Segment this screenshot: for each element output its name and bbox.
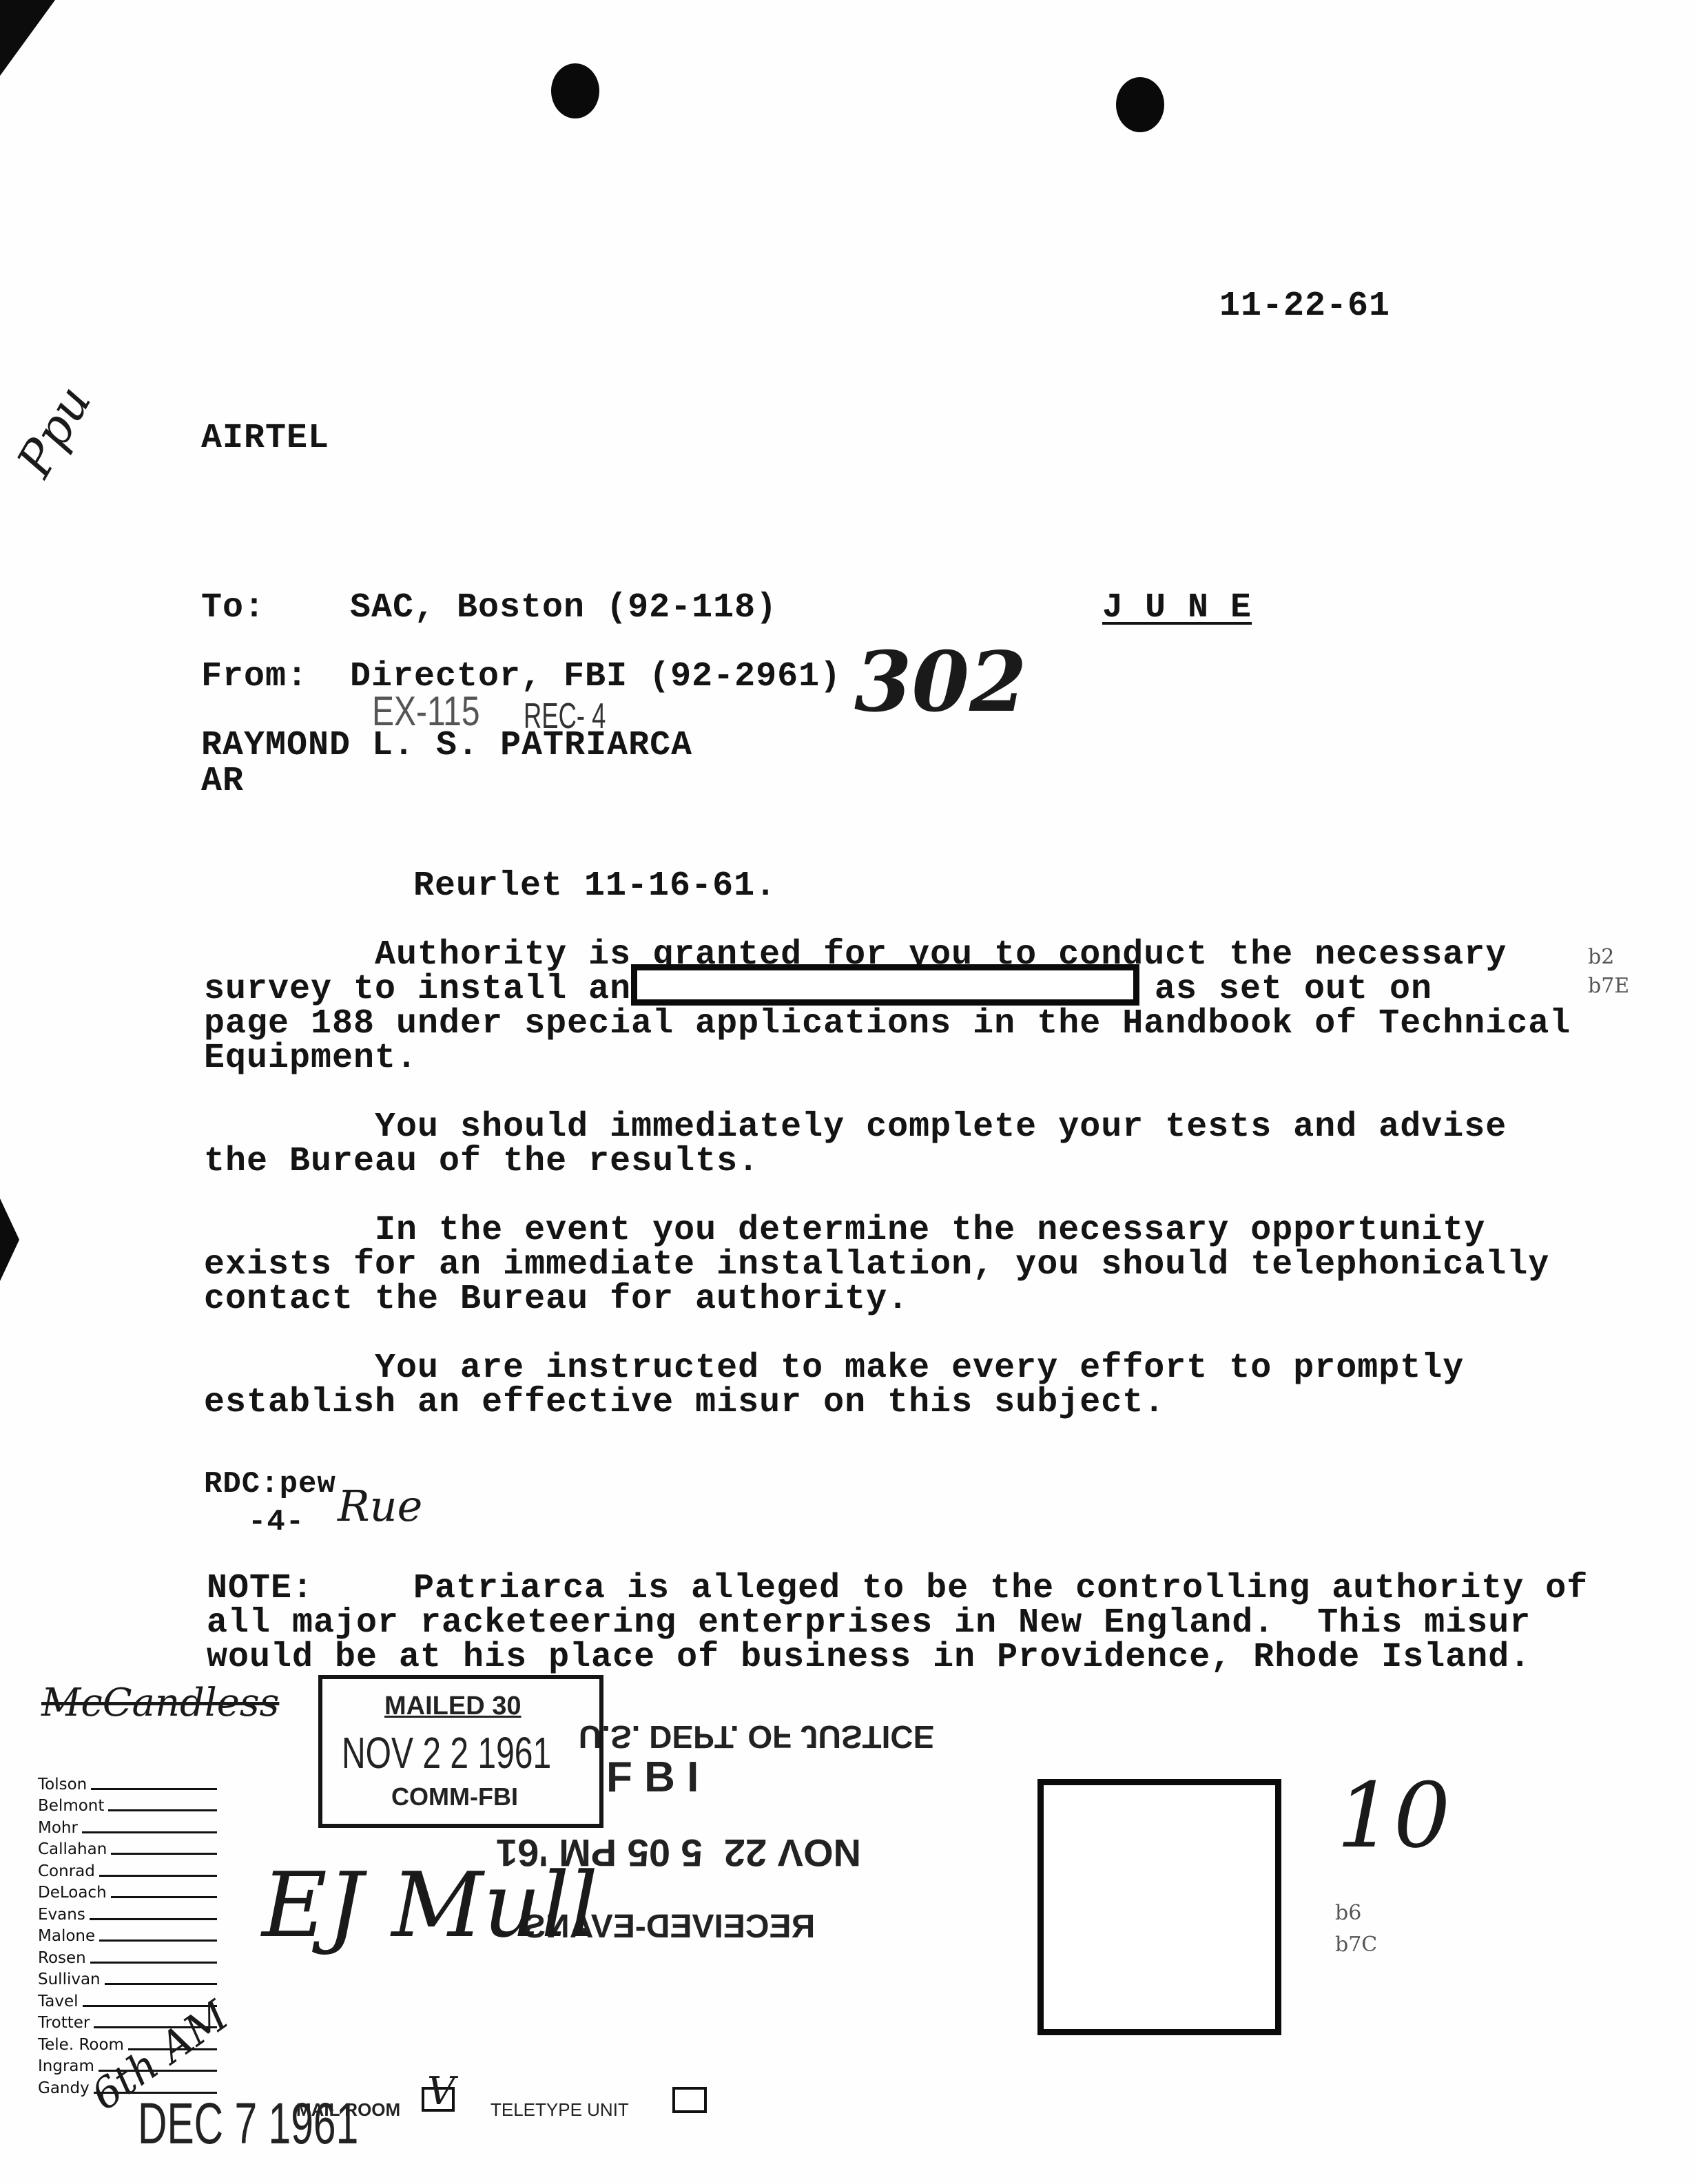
- routing-name: Rosen: [38, 1949, 86, 1967]
- routing-name: Conrad: [38, 1862, 95, 1880]
- paragraph-3-line-1: In the event you determine the necessary…: [204, 1214, 1485, 1248]
- handwritten-signature-stamp: McCandless: [41, 1681, 279, 1725]
- routing-line: [91, 1788, 217, 1790]
- routing-row: Callahan: [38, 1837, 217, 1859]
- handwritten-initials: Rue: [338, 1481, 422, 1531]
- dept-justice-stamp: U.S. DEPT. OF JUSTICE: [579, 1718, 934, 1756]
- mailed-stamp: MAILED 30 NOV 2 2 1961 COMM-FBI: [318, 1675, 603, 1828]
- note-line-3: would be at his place of business in Pro…: [207, 1641, 1531, 1675]
- exemption-code-b2: b2: [1588, 945, 1614, 970]
- routing-name: Belmont: [38, 1797, 104, 1815]
- teletype-unit-label: TELETYPE UNIT: [490, 2099, 629, 2121]
- paragraph-1-line-2b: as set out on: [1155, 973, 1432, 1007]
- typist-initials: RDC:pew: [204, 1467, 336, 1501]
- exemption-code-b6: b6: [1335, 1901, 1361, 1926]
- routing-line: [90, 1962, 217, 1964]
- routing-line: [108, 1809, 217, 1811]
- large-handwritten-signature: EJ Mull: [262, 1853, 598, 1957]
- mailed-stamp-footer: COMM-FBI: [391, 1782, 518, 1811]
- paragraph-4-line-1: You are instructed to make every effort …: [204, 1351, 1464, 1386]
- routing-row: Conrad: [38, 1858, 217, 1880]
- mailed-stamp-title: MAILED 30: [384, 1692, 521, 1721]
- routing-row: Malone: [38, 1924, 217, 1946]
- routing-row: Rosen: [38, 1945, 217, 1967]
- left-margin-handwriting: Ppu: [6, 376, 103, 486]
- punch-hole-right: [1116, 77, 1164, 132]
- routing-line: [82, 1831, 217, 1833]
- routing-line: [105, 1983, 217, 1985]
- mail-room-label: MAIL ROOM: [296, 2099, 400, 2121]
- to-recipient: SAC, Boston (92-118): [350, 591, 777, 625]
- note-line-1: Patriarca is alleged to be the controlli…: [413, 1572, 1588, 1606]
- checkmark-icon: V: [427, 2069, 455, 2114]
- routing-line: [90, 1918, 217, 1920]
- routing-line: [111, 1896, 217, 1898]
- copies-count: -4-: [248, 1505, 304, 1539]
- document-type: AIRTEL: [201, 422, 329, 456]
- routing-name: Sullivan: [38, 1970, 101, 1988]
- redaction-box: [1037, 1779, 1281, 2035]
- exemption-code-b7e: b7E: [1588, 974, 1629, 999]
- teletype-unit-checkbox[interactable]: [672, 2087, 707, 2113]
- mail-room-checkbox[interactable]: V: [422, 2087, 455, 2112]
- routing-line: [99, 1939, 217, 1942]
- routing-line: [99, 1875, 217, 1877]
- reference-line: Reurlet 11-16-61.: [413, 869, 776, 904]
- document-page: 11-22-61 Ppu AIRTEL To: SAC, Boston (92-…: [0, 0, 1694, 2184]
- handwritten-serial: 302: [854, 634, 1027, 731]
- routing-name: Tolson: [38, 1776, 87, 1793]
- note-line-2: all major racketeering enterprises in Ne…: [207, 1606, 1531, 1641]
- folded-corner: [0, 0, 55, 76]
- routing-row: Sullivan: [38, 1967, 217, 1989]
- routing-name: Ingram: [38, 2057, 94, 2075]
- page-edge-notch: [0, 1198, 19, 1281]
- routing-name: Malone: [38, 1927, 95, 1945]
- routing-name: DeLoach: [38, 1884, 107, 1902]
- paragraph-1-line-4: Equipment.: [204, 1041, 417, 1076]
- routing-row: Mohr: [38, 1815, 217, 1837]
- routing-name: Gandy: [38, 2079, 90, 2097]
- paragraph-4-line-2: establish an effective misur on this sub…: [204, 1386, 1165, 1420]
- inline-redaction-box: [631, 964, 1139, 1006]
- routing-name: Evans: [38, 1906, 85, 1924]
- paragraph-3-line-2: exists for an immediate installation, yo…: [204, 1248, 1549, 1282]
- routing-code-june: J U N E: [1102, 591, 1252, 625]
- routing-row: Tolson: [38, 1771, 217, 1793]
- paragraph-1-line-2a: survey to install an: [204, 973, 631, 1007]
- document-date: 11-22-61: [1219, 289, 1390, 324]
- subject-name: RAYMOND L. S. PATRIARCA: [201, 729, 692, 763]
- paragraph-1-line-3: page 188 under special applications in t…: [204, 1007, 1571, 1041]
- paragraph-2-line-2: the Bureau of the results.: [204, 1145, 759, 1179]
- routing-name: Tavel: [38, 1993, 79, 2010]
- paragraph-2-line-1: You should immediately complete your tes…: [204, 1110, 1507, 1145]
- routing-line: [111, 1853, 217, 1855]
- punch-hole-left: [551, 63, 599, 118]
- from-label: From:: [201, 660, 308, 694]
- exemption-code-b7c: b7C: [1335, 1933, 1377, 1957]
- routing-row: Belmont: [38, 1793, 217, 1816]
- fbi-stamp: F B I: [606, 1753, 699, 1802]
- subject-character: AR: [201, 765, 244, 799]
- note-label: NOTE:: [207, 1572, 313, 1606]
- mailed-stamp-date: NOV 2 2 1961: [342, 1727, 551, 1778]
- routing-name: Mohr: [38, 1819, 78, 1837]
- routing-row: Evans: [38, 1902, 217, 1924]
- routing-name: Tele. Room: [38, 2036, 124, 2054]
- paragraph-3-line-3: contact the Bureau for authority.: [204, 1282, 909, 1317]
- right-handwritten-mark: 10: [1336, 1763, 1450, 1868]
- routing-row: DeLoach: [38, 1880, 217, 1902]
- to-label: To:: [201, 591, 265, 625]
- routing-name: Trotter: [38, 2014, 90, 2032]
- routing-name: Callahan: [38, 1840, 107, 1858]
